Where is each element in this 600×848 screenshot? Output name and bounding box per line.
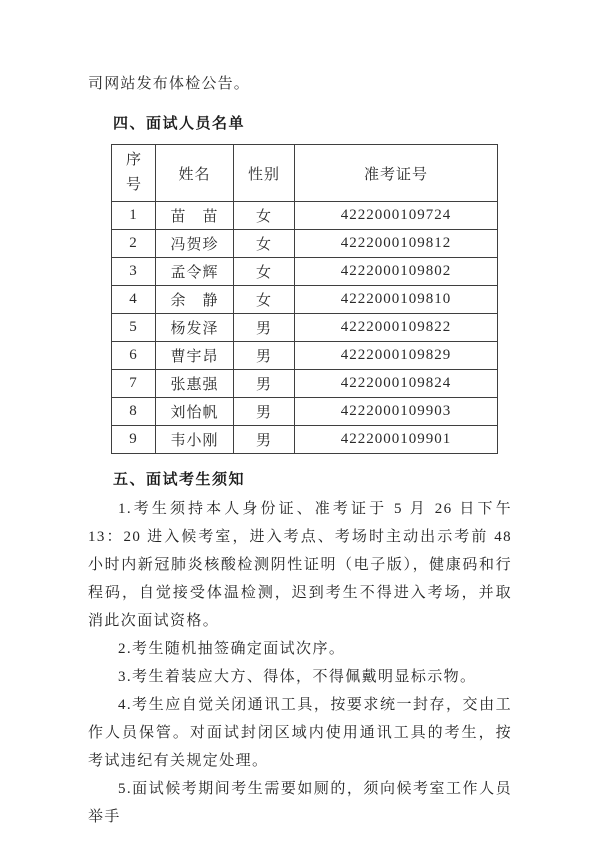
cell-gender: 男 bbox=[234, 426, 295, 454]
table-row: 2 冯贺珍 女 4222000109812 bbox=[112, 230, 498, 258]
cell-gender: 男 bbox=[234, 370, 295, 398]
notice-item-5: 5.面试候考期间考生需要如厕的，须向候考室工作人员举手 bbox=[88, 775, 512, 831]
table-row: 3 孟令辉 女 4222000109802 bbox=[112, 258, 498, 286]
cell-gender: 男 bbox=[234, 342, 295, 370]
cell-no: 2 bbox=[112, 230, 156, 258]
notice-item-1: 1.考生须持本人身份证、准考证于 5 月 26 日下午 13：20 进入候考室，… bbox=[88, 495, 512, 635]
intro-text: 司网站发布体检公告。 bbox=[88, 72, 512, 96]
section-roster-heading: 四、面试人员名单 bbox=[88, 111, 512, 137]
cell-ticket: 4222000109824 bbox=[295, 370, 498, 398]
col-header-no: 序号 bbox=[112, 145, 156, 202]
table-row: 6 曹宇昂 男 4222000109829 bbox=[112, 342, 498, 370]
table-row: 8 刘怡帆 男 4222000109903 bbox=[112, 398, 498, 426]
cell-name: 杨发泽 bbox=[156, 314, 234, 342]
cell-gender: 女 bbox=[234, 286, 295, 314]
cell-gender: 男 bbox=[234, 398, 295, 426]
cell-no: 5 bbox=[112, 314, 156, 342]
col-header-ticket: 准考证号 bbox=[295, 145, 498, 202]
cell-no: 9 bbox=[112, 426, 156, 454]
notice-list: 1.考生须持本人身份证、准考证于 5 月 26 日下午 13：20 进入候考室，… bbox=[88, 495, 512, 831]
cell-ticket: 4222000109724 bbox=[295, 202, 498, 230]
cell-name: 余 静 bbox=[156, 286, 234, 314]
cell-ticket: 4222000109829 bbox=[295, 342, 498, 370]
notice-item-2: 2.考生随机抽签确定面试次序。 bbox=[88, 635, 512, 663]
section-notice-heading: 五、面试考生须知 bbox=[88, 467, 512, 493]
notice-item-4: 4.考生应自觉关闭通讯工具，按要求统一封存，交由工作人员保管。对面试封闭区域内使… bbox=[88, 691, 512, 775]
cell-ticket: 4222000109822 bbox=[295, 314, 498, 342]
cell-name: 张惠强 bbox=[156, 370, 234, 398]
col-header-name: 姓名 bbox=[156, 145, 234, 202]
cell-name: 孟令辉 bbox=[156, 258, 234, 286]
table-row: 1 苗 苗 女 4222000109724 bbox=[112, 202, 498, 230]
cell-no: 7 bbox=[112, 370, 156, 398]
col-header-no-label: 序号 bbox=[125, 148, 142, 198]
table-row: 5 杨发泽 男 4222000109822 bbox=[112, 314, 498, 342]
cell-gender: 女 bbox=[234, 258, 295, 286]
table-row: 7 张惠强 男 4222000109824 bbox=[112, 370, 498, 398]
cell-gender: 男 bbox=[234, 314, 295, 342]
cell-no: 3 bbox=[112, 258, 156, 286]
cell-name: 冯贺珍 bbox=[156, 230, 234, 258]
roster-table: 序号 姓名 性别 准考证号 1 苗 苗 女 4222000109724 2 冯贺… bbox=[111, 144, 498, 454]
cell-no: 4 bbox=[112, 286, 156, 314]
table-row: 4 余 静 女 4222000109810 bbox=[112, 286, 498, 314]
cell-ticket: 4222000109812 bbox=[295, 230, 498, 258]
col-header-gender: 性别 bbox=[234, 145, 295, 202]
document-page: 司网站发布体检公告。 四、面试人员名单 序号 姓名 性别 准考证号 1 苗 苗 … bbox=[0, 0, 600, 848]
cell-gender: 女 bbox=[234, 202, 295, 230]
cell-gender: 女 bbox=[234, 230, 295, 258]
table-row: 9 韦小刚 男 4222000109901 bbox=[112, 426, 498, 454]
cell-name: 韦小刚 bbox=[156, 426, 234, 454]
cell-ticket: 4222000109810 bbox=[295, 286, 498, 314]
cell-name: 曹宇昂 bbox=[156, 342, 234, 370]
notice-item-3: 3.考生着装应大方、得体，不得佩戴明显标示物。 bbox=[88, 663, 512, 691]
table-header-row: 序号 姓名 性别 准考证号 bbox=[112, 145, 498, 202]
cell-name: 刘怡帆 bbox=[156, 398, 234, 426]
cell-no: 1 bbox=[112, 202, 156, 230]
cell-no: 8 bbox=[112, 398, 156, 426]
cell-ticket: 4222000109903 bbox=[295, 398, 498, 426]
cell-ticket: 4222000109802 bbox=[295, 258, 498, 286]
cell-name: 苗 苗 bbox=[156, 202, 234, 230]
cell-no: 6 bbox=[112, 342, 156, 370]
cell-ticket: 4222000109901 bbox=[295, 426, 498, 454]
